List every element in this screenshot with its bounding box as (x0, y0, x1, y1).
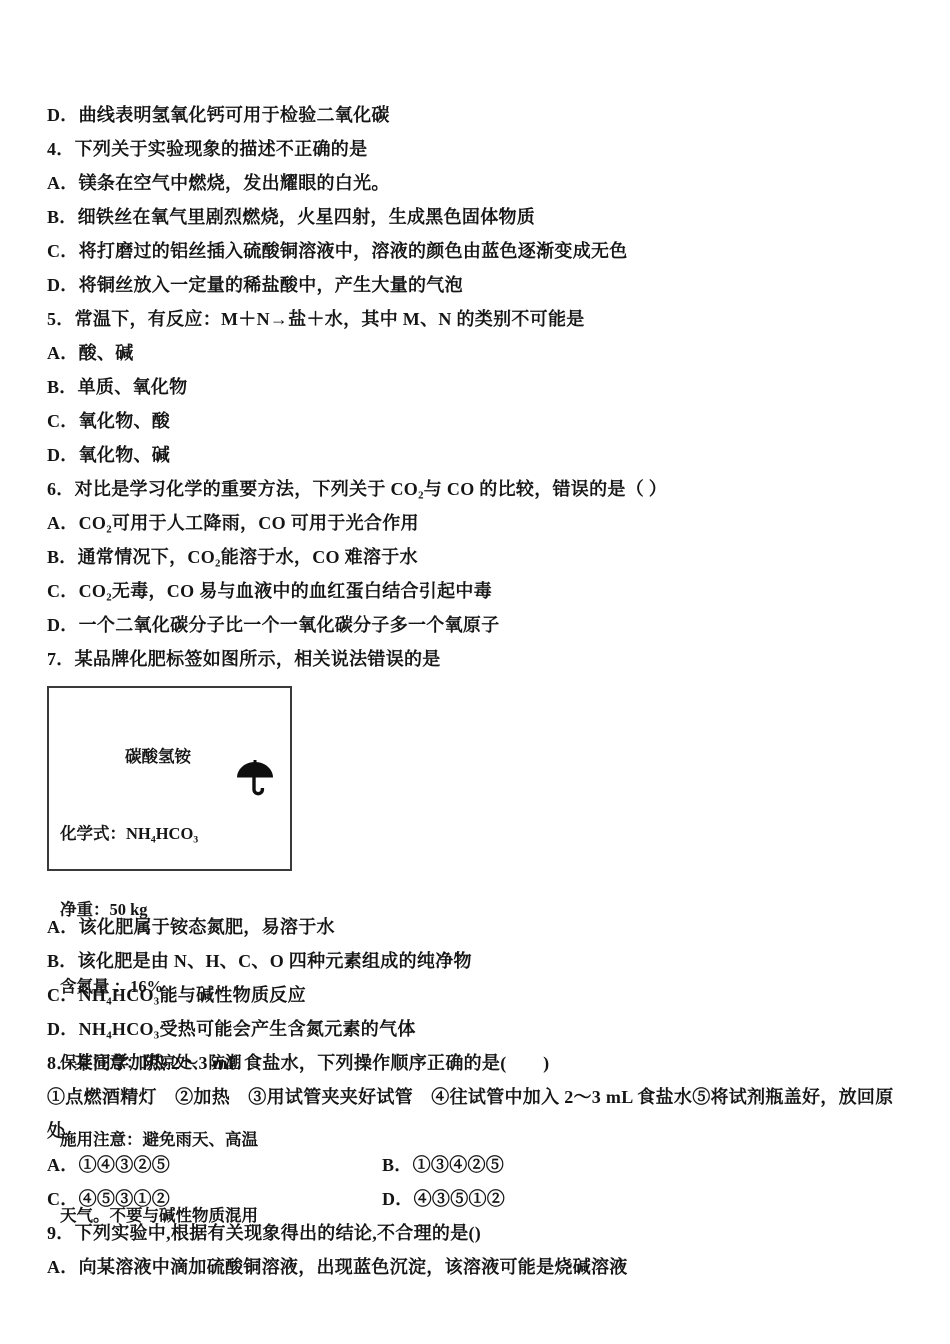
q4-option-d: D．将铜丝放入一定量的稀盐酸中，产生大量的气泡 (47, 268, 910, 302)
option-label: D． (47, 445, 79, 465)
option-text: CO₂可用于人工降雨，CO 可用于光合作用 (79, 513, 419, 533)
option-text: 通常情况下，CO₂能溶于水，CO 难溶于水 (78, 547, 418, 567)
q6-option-c: C．CO₂无毒，CO 易与血液中的血红蛋白结合引起中毒 (47, 574, 910, 608)
fertilizer-label-figure: 碳酸氢铵 化学式：NH₄HCO₃ 净重：50 kg 含氮量 ：16% 保存注意：… (47, 686, 292, 871)
q4-option-a: A．镁条在空气中燃烧，发出耀眼的白光。 (47, 166, 910, 200)
stem-text: 某品牌化肥标签如图所示，相关说法错误的是 (75, 649, 441, 669)
q4-option-b: B．细铁丝在氧气里剧烈燃烧，火星四射，生成黑色固体物质 (47, 200, 910, 234)
q6-option-b: B．通常情况下，CO₂能溶于水，CO 难溶于水 (47, 540, 910, 574)
option-label: D． (382, 1189, 414, 1209)
q5-option-d: D．氧化物、碱 (47, 438, 910, 472)
option-label: D． (47, 275, 79, 295)
q8-option-b: B．①③④②⑤ (382, 1148, 717, 1182)
stem-text: 对比是学习化学的重要方法，下列关于 CO₂与 CO 的比较，错误的是（ ） (75, 479, 668, 499)
option-text: 镁条在空气中燃烧，发出耀眼的白光。 (79, 173, 390, 193)
option-label: A． (47, 173, 79, 193)
exam-page: D．曲线表明氢氧化钙可用于检验二氧化碳 4．下列关于实验现象的描述不正确的是 A… (0, 0, 950, 1284)
option-label: B． (47, 547, 78, 567)
q5-option-a: A．酸、碱 (47, 336, 910, 370)
option-label: D． (47, 615, 79, 635)
q3-option-d: D．曲线表明氢氧化钙可用于检验二氧化碳 (47, 98, 910, 132)
option-text: 细铁丝在氧气里剧烈燃烧，火星四射，生成黑色固体物质 (78, 207, 536, 227)
question-number: 5． (47, 309, 75, 329)
q5-option-b: B．单质、氧化物 (47, 370, 910, 404)
option-text: 将打磨过的铝丝插入硫酸铜溶液中，溶液的颜色由蓝色逐渐变成无色 (79, 241, 628, 261)
option-label: B． (382, 1155, 413, 1175)
q6-option-d: D．一个二氧化碳分子比一个一氧化碳分子多一个氧原子 (47, 608, 910, 642)
option-text: ④③⑤①② (414, 1189, 506, 1209)
fertilizer-net-weight: 净重：50 kg (60, 897, 282, 923)
option-text: ①③④②⑤ (413, 1155, 505, 1175)
q7-stem: 7．某品牌化肥标签如图所示，相关说法错误的是 (47, 642, 910, 676)
option-text: 单质、氧化物 (78, 377, 188, 397)
option-text: 氧化物、酸 (79, 411, 171, 431)
option-text: 氧化物、碱 (79, 445, 171, 465)
keep-dry-umbrella-icon (209, 734, 276, 831)
option-text: CO₂无毒，CO 易与血液中的血红蛋白结合引起中毒 (79, 581, 492, 601)
fertilizer-nitrogen-content: 含氮量 ：16% (60, 974, 282, 1000)
q8-option-d: D．④③⑤①② (382, 1182, 717, 1216)
question-number: 4． (47, 139, 75, 159)
q4-option-c: C．将打磨过的铝丝插入硫酸铜溶液中，溶液的颜色由蓝色逐渐变成无色 (47, 234, 910, 268)
option-text: 将铜丝放入一定量的稀盐酸中，产生大量的气泡 (79, 275, 463, 295)
option-label: A． (47, 343, 79, 363)
q6-stem: 6．对比是学习化学的重要方法，下列关于 CO₂与 CO 的比较，错误的是（ ） (47, 472, 910, 506)
q6-option-a: A．CO₂可用于人工降雨，CO 可用于光合作用 (47, 506, 910, 540)
question-number: 6． (47, 479, 75, 499)
option-label: D． (47, 105, 79, 125)
fertilizer-storage-note: 保存注意：阴凉处、防潮 (60, 1050, 282, 1076)
option-label: B． (47, 207, 78, 227)
option-text: 曲线表明氢氧化钙可用于检验二氧化碳 (79, 105, 390, 125)
q4-stem: 4．下列关于实验现象的描述不正确的是 (47, 132, 910, 166)
option-label: A． (47, 513, 79, 533)
option-label: C． (47, 581, 79, 601)
q5-option-c: C．氧化物、酸 (47, 404, 910, 438)
question-number: 7． (47, 649, 75, 669)
stem-text: 常温下，有反应：M＋N→盐＋水，其中 M、N 的类别不可能是 (75, 309, 585, 329)
option-label: C． (47, 411, 79, 431)
option-label: B． (47, 377, 78, 397)
fertilizer-usage-note-2: 天气。不要与碱性物质混用 (60, 1203, 282, 1229)
q5-stem: 5．常温下，有反应：M＋N→盐＋水，其中 M、N 的类别不可能是 (47, 302, 910, 336)
fertilizer-usage-note-1: 施用注意：避免雨天、高温 (60, 1127, 282, 1153)
option-label: C． (47, 241, 79, 261)
option-text: 一个二氧化碳分子比一个一氧化碳分子多一个氧原子 (79, 615, 500, 635)
stem-text: 下列关于实验现象的描述不正确的是 (75, 139, 368, 159)
option-text: 酸、碱 (79, 343, 134, 363)
